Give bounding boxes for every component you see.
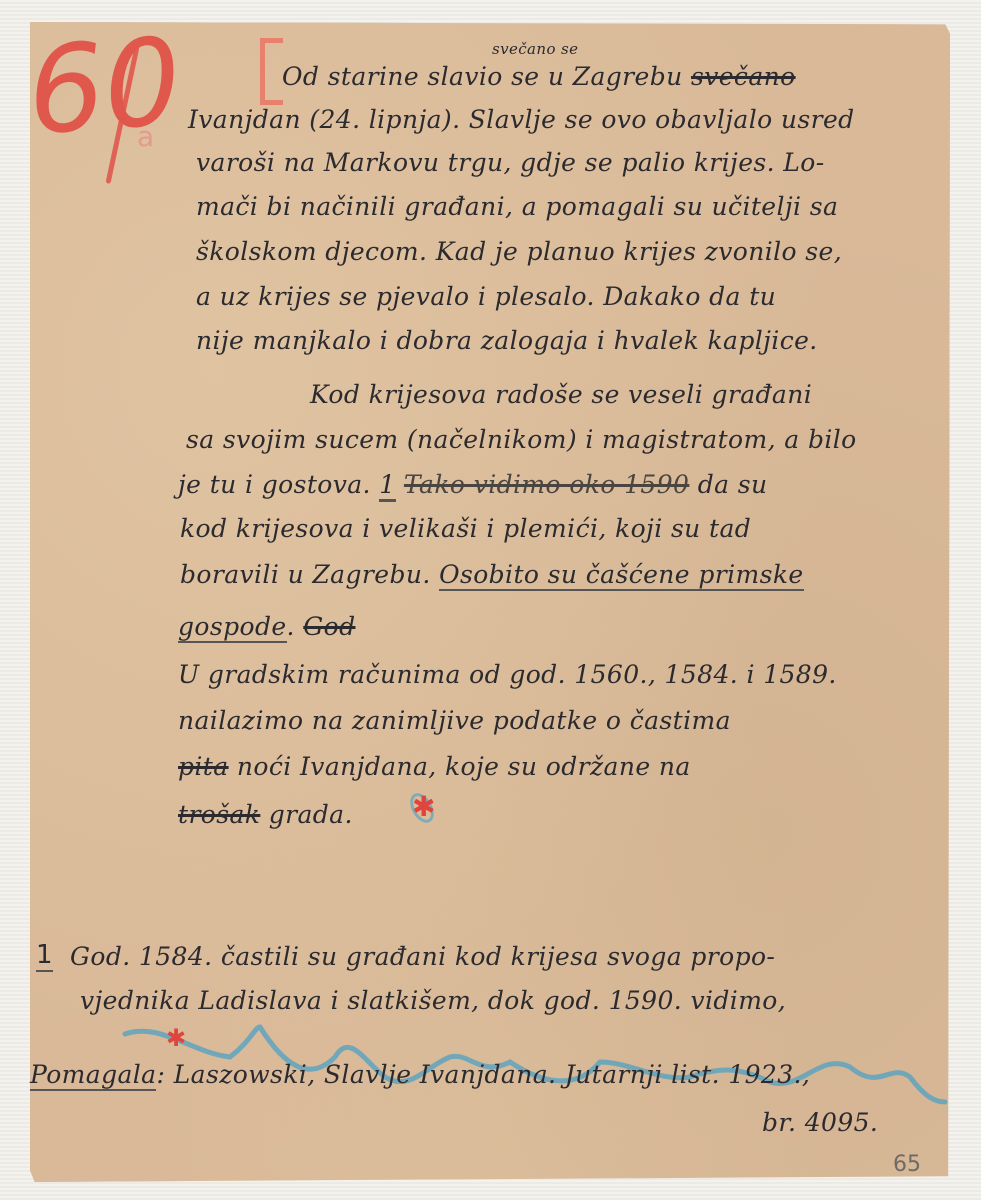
red-asterisk-mark: ✱ xyxy=(166,1024,186,1052)
source-citation: Laszowski, Slavlje Ivanjdana. Jutarnji l… xyxy=(174,1060,811,1089)
body-line-15: nailazimo na zanimljive podatke o častim… xyxy=(178,706,731,735)
body-line-4: mači bi načinili građani, a pomagali su … xyxy=(196,192,838,221)
body-line-3: varoši na Markovu trgu, gdje se palio kr… xyxy=(196,148,825,177)
footnote-line-1: God. 1584. častili su građani kod krijes… xyxy=(70,942,775,971)
pencil-page-number: 65 xyxy=(893,1152,921,1177)
archive-suffix: a xyxy=(137,120,154,153)
line-text: boravili u Zagrebu. xyxy=(180,560,431,589)
red-bracket-mark xyxy=(260,38,283,105)
body-line-12: boravili u Zagrebu. Osobito su čašćene p… xyxy=(180,560,804,589)
struck-word: svečano xyxy=(691,62,796,91)
archive-number: 60 xyxy=(23,13,185,162)
body-line-8: Kod krijesova radoše se veseli građani xyxy=(310,380,812,409)
line-text: da su xyxy=(698,470,768,499)
struck-word: trošak xyxy=(178,800,260,829)
insertion-text: svečano se xyxy=(492,40,578,58)
struck-text: Tako vidimo oko 1590 xyxy=(404,470,689,499)
line-text: grada. xyxy=(269,800,353,829)
source-label: Pomagala xyxy=(30,1060,156,1091)
source-note-line-2: br. 4095. xyxy=(762,1108,878,1137)
red-asterisk-mark: ✱ xyxy=(412,790,435,823)
footnote-marker: 1 xyxy=(379,470,395,502)
body-line-13: gospode. God xyxy=(178,612,356,641)
label-colon: : xyxy=(156,1060,165,1089)
body-line-11: kod krijesova i velikaši i plemići, koji… xyxy=(180,514,751,543)
body-line-1: Od starine slavio se u Zagrebu svečano xyxy=(282,62,796,91)
struck-word: God xyxy=(303,612,355,641)
body-line-2: Ivanjdan (24. lipnja). Slavlje se ovo ob… xyxy=(188,105,855,134)
line-text: je tu i gostova. xyxy=(178,470,371,499)
footnote-line-2: vjednika Ladislava i slatkišem, dok god.… xyxy=(80,986,786,1015)
line-text: Od starine slavio se u Zagrebu xyxy=(282,62,683,91)
underlined-text: Osobito su čašćene primske xyxy=(439,560,804,591)
body-line-7: nije manjkalo i dobra zalogaja i hvalek … xyxy=(196,326,818,355)
footnote-marker: 1 xyxy=(36,940,53,972)
body-line-14: U gradskim računima od god. 1560., 1584.… xyxy=(178,660,837,689)
underlined-text: gospode xyxy=(178,612,287,643)
body-line-6: a uz krijes se pjevalo i plesalo. Dakako… xyxy=(196,282,776,311)
struck-word: pita xyxy=(178,752,229,781)
body-line-17: trošak grada. xyxy=(178,800,353,829)
source-note-line-1: Pomagala: Laszowski, Slavlje Ivanjdana. … xyxy=(30,1060,810,1089)
body-line-16: pita noći Ivanjdana, koje su održane na xyxy=(178,752,691,781)
body-line-10: je tu i gostova. 1 Tako vidimo oko 1590 … xyxy=(178,470,768,499)
body-line-9: sa svojim sucem (načelnikom) i magistrat… xyxy=(186,425,857,454)
body-line-5: školskom djecom. Kad je planuo krijes zv… xyxy=(196,237,842,266)
line-text: . xyxy=(287,612,295,641)
line-text: noći Ivanjdana, koje su održane na xyxy=(237,752,691,781)
